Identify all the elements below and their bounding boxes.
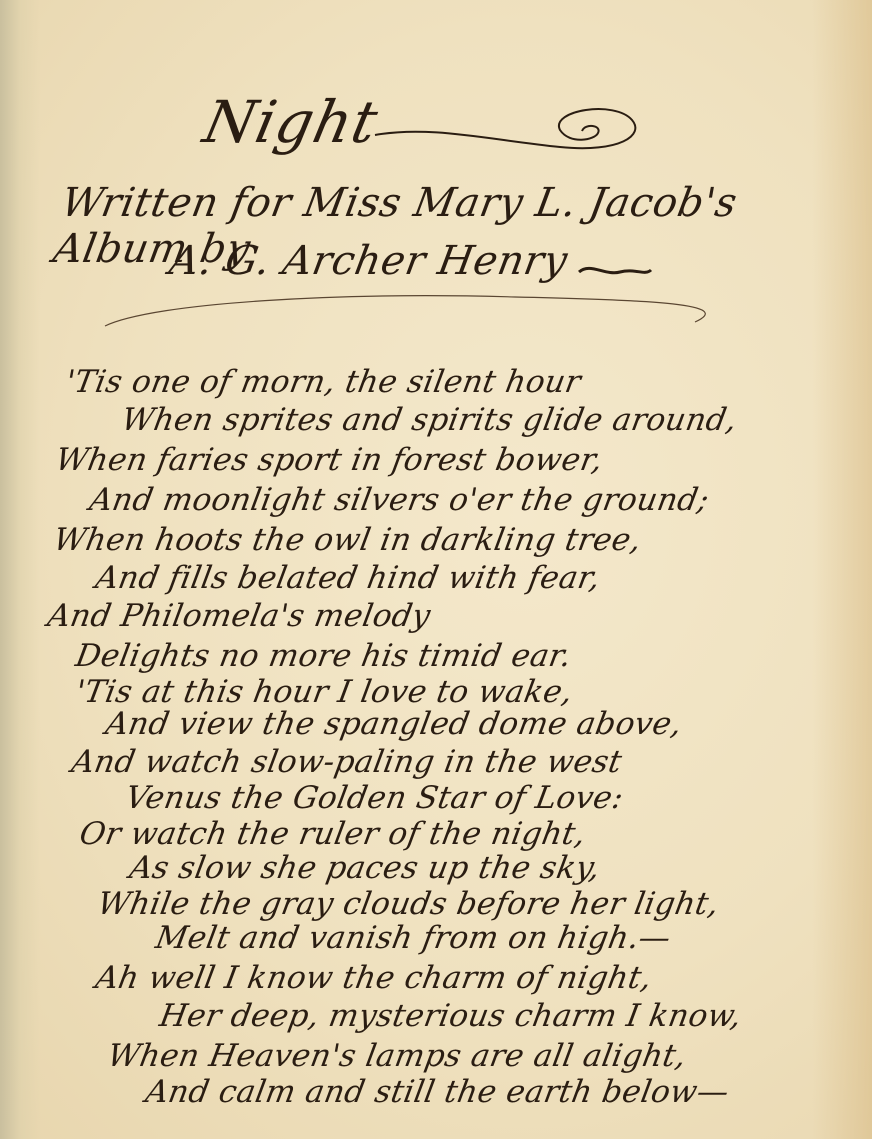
poem-line: 'Tis one of morn, the silent hour <box>63 364 584 400</box>
poem-line: And watch slow-paling in the west <box>69 744 625 780</box>
dedication-line-2: A. G. Archer Henry <box>166 238 571 284</box>
manuscript-page: Night Written for Miss Mary L. Jacob's A… <box>0 0 872 1139</box>
poem-line: When Heaven's lamps are all alight, <box>105 1038 689 1074</box>
poem-line: When hoots the owl in darkling tree, <box>51 522 644 558</box>
poem-line: Her deep, mysterious charm I know, <box>157 998 745 1034</box>
poem-line: And calm and still the earth below— <box>143 1074 732 1110</box>
author-flourish-icon <box>575 258 655 282</box>
poem-line: 'Tis at this hour I love to wake, <box>73 674 576 710</box>
poem-line: And view the spangled dome above, <box>103 706 685 742</box>
poem-line: Delights no more his timid ear. <box>73 638 574 674</box>
poem-line: And moonlight silvers o'er the ground; <box>87 482 712 518</box>
poem-line: When faries sport in forest bower, <box>53 442 606 478</box>
poem-line: And fills belated hind with fear, <box>93 560 603 596</box>
poem-line: And Philomela's melody <box>45 598 433 634</box>
poem-line: As slow she paces up the sky, <box>127 850 603 886</box>
poem-line: Melt and vanish from on high.— <box>153 920 674 956</box>
poem-title: Night <box>198 88 385 156</box>
poem-line: While the gray clouds before her light, <box>95 886 722 922</box>
title-flourish-icon <box>370 95 650 155</box>
poem-line: Or watch the ruler of the night, <box>77 816 589 852</box>
divider-flourish-icon <box>95 292 735 332</box>
poem-line: Venus the Golden Star of Love: <box>123 780 626 816</box>
poem-line: Ah well I know the charm of night, <box>93 960 655 996</box>
poem-line: When sprites and spirits glide around, <box>119 402 740 438</box>
